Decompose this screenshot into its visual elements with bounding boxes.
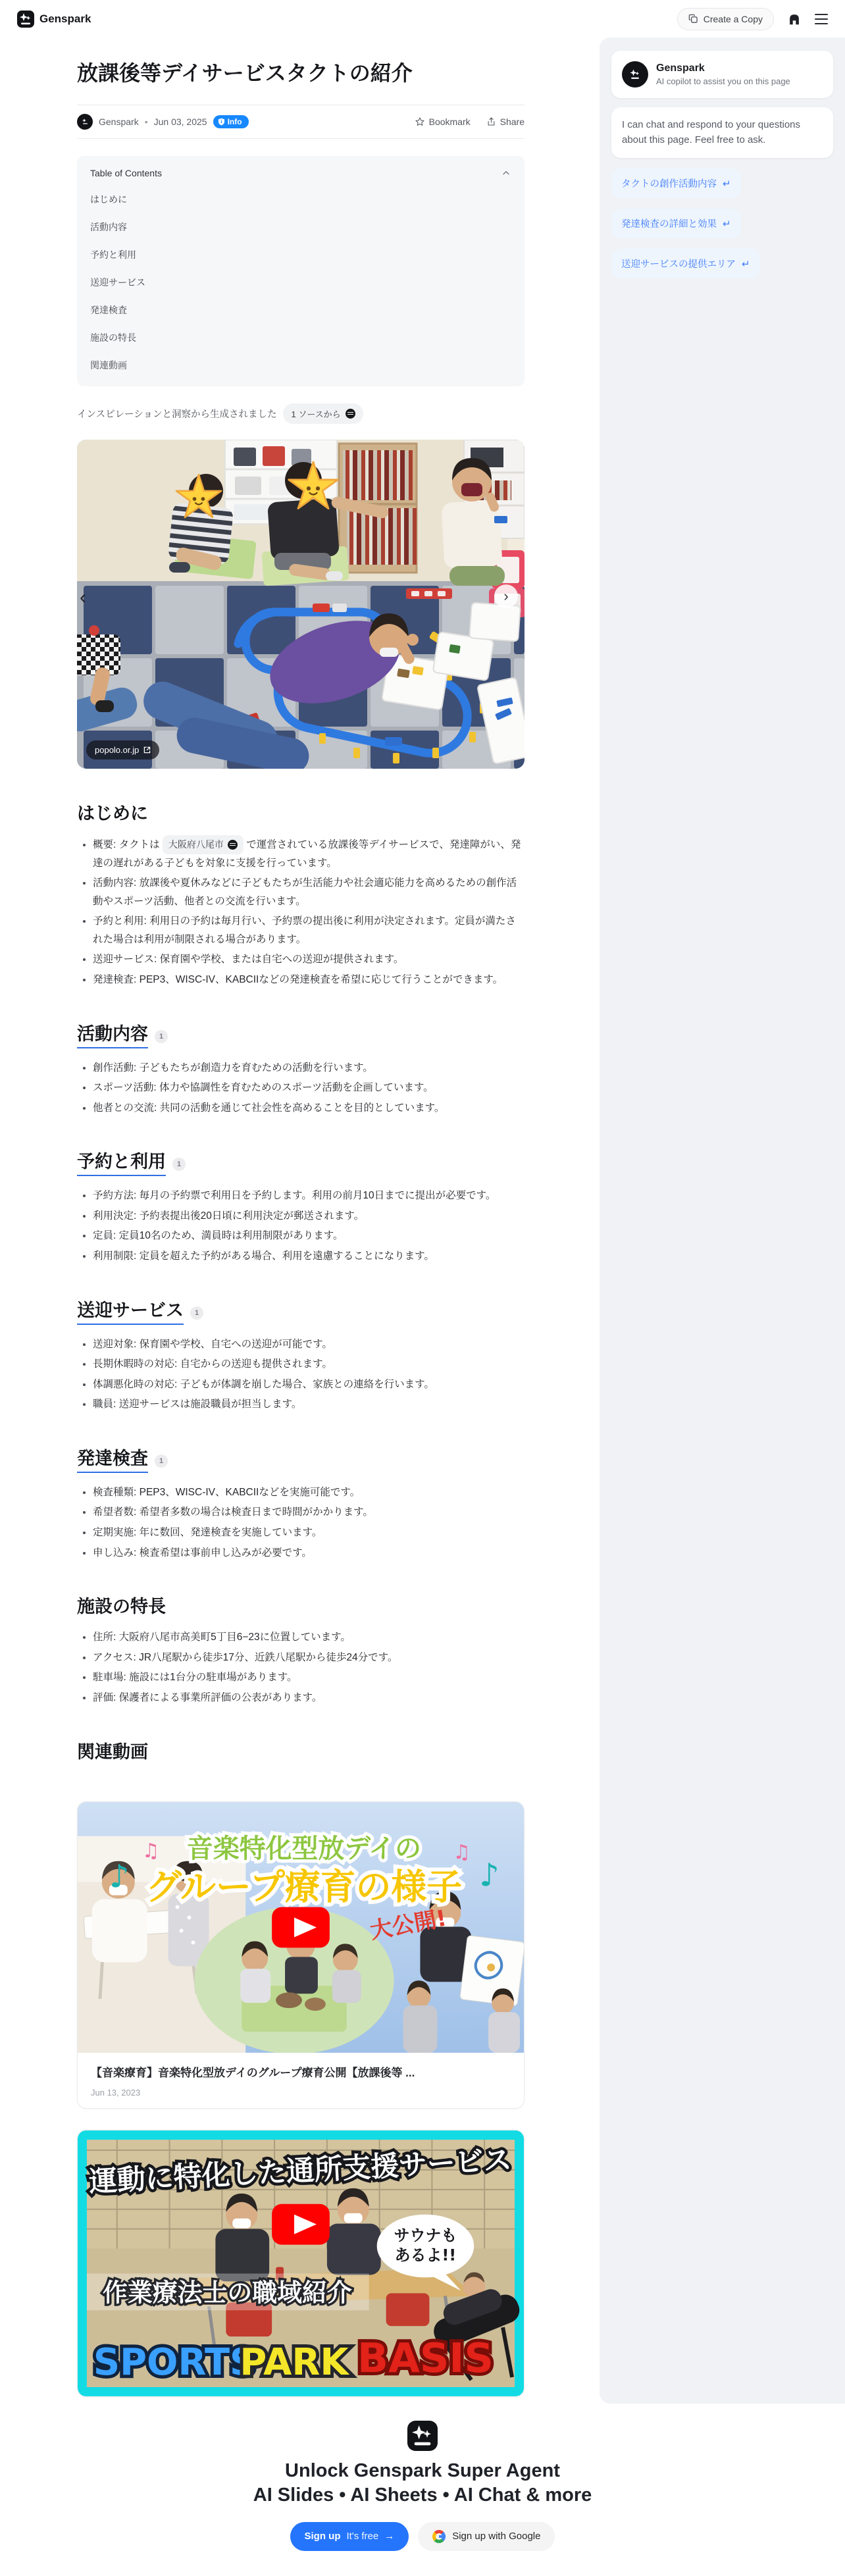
bullet-item: 検査種類: PEP3、WISC-IV、KABCIIなどを実施可能です。 xyxy=(93,1483,525,1502)
bullet-item: 評価: 保護者による事業所評価の公表があります。 xyxy=(93,1689,525,1707)
generation-note: インスピレーションと洞察から生成されました xyxy=(77,407,276,421)
shield-icon xyxy=(218,118,225,126)
bullet-item: 定員: 定員10名のため、満員時は利用制限があります。 xyxy=(93,1227,525,1245)
video-card[interactable]: ♪ ♫ ♪ ♫ 音楽特化型放デイの グループ療育の様子 大公開! 【音楽療育】 xyxy=(77,1801,525,2109)
footer-headline: Unlock Genspark Super Agent AI Slides • … xyxy=(245,2459,600,2508)
info-badge[interactable]: Info xyxy=(213,115,249,128)
section-heading: 施設の特長 xyxy=(77,1592,525,1618)
bullet-item: 送迎対象: 保育園や学校、自宅への送迎が可能です。 xyxy=(93,1335,525,1354)
bullet-item: スポーツ活動: 体力や協調性を育むためのスポーツ活動を企画しています。 xyxy=(93,1079,525,1097)
video-card[interactable]: サウナも あるよ!! 運動に特化した通所支援サービス 作業療法士の職域紹介 SP… xyxy=(77,2130,525,2397)
music-note-decoration: ♪ xyxy=(109,1859,130,1895)
video-thumbnail[interactable]: サウナも あるよ!! 運動に特化した通所支援サービス 作業療法士の職域紹介 SP… xyxy=(78,2130,524,2396)
bullet-item: 住所: 大阪府八尾市高美町5丁目6−23に位置しています。 xyxy=(93,1628,525,1647)
google-signup-button[interactable]: Sign up with Google xyxy=(418,2522,555,2551)
bullet-list: 予約方法: 毎月の予約票で利用日を予約します。利用の前月10日までに提出が必要で… xyxy=(77,1187,525,1265)
publish-date: Jun 03, 2025 xyxy=(154,116,207,127)
citation-badge[interactable]: 1 xyxy=(172,1158,186,1171)
copilot-subtitle: AI copilot to assist you on this page xyxy=(656,76,790,86)
external-link-icon xyxy=(143,746,151,754)
source-favicon-icon xyxy=(228,840,238,850)
enter-icon: ↵ xyxy=(723,178,731,190)
section-heading[interactable]: 活動内容1 xyxy=(77,1019,525,1048)
section-heading[interactable]: 送迎サービス1 xyxy=(77,1296,525,1325)
thumb-bottom-word2: PARK xyxy=(240,2341,349,2384)
inline-source-pill[interactable]: 大阪府八尾市 xyxy=(163,835,243,854)
toc-item[interactable]: 関連動画 xyxy=(90,359,127,372)
image-source-link[interactable]: popolo.or.jp xyxy=(86,740,159,760)
thumb-bubble-line2: あるよ!! xyxy=(395,2246,457,2264)
hero-image[interactable]: ‹ › popolo.or.jp xyxy=(77,440,525,769)
youtube-play-button xyxy=(272,2203,330,2244)
article-meta-bar: Genspark • Jun 03, 2025 Info Bookmark xyxy=(77,105,525,139)
brand-name: Genspark xyxy=(39,13,91,26)
menu-button[interactable] xyxy=(815,14,828,24)
arrow-right-icon: → xyxy=(384,2531,394,2542)
article-sections: はじめに概要: タクトは 大阪府八尾市 で運営されている放課後等デイサービスで、… xyxy=(77,799,525,1763)
suggestion-chips: タクトの創作活動内容↵発達検査の詳細と効果↵送迎サービスの提供エリア↵ xyxy=(611,158,833,278)
svg-text:♫: ♫ xyxy=(142,1839,160,1862)
thumb-mid-text: 作業療法士の職域紹介 xyxy=(103,2278,352,2307)
section-heading[interactable]: 発達検査1 xyxy=(77,1444,525,1473)
meta-separator: • xyxy=(145,116,148,127)
toc-item[interactable]: はじめに xyxy=(90,193,127,206)
article-section: 活動内容1創作活動: 子どもたちが創造力を育むための活動を行います。スポーツ活動… xyxy=(77,1019,525,1118)
bullet-item: 創作活動: 子どもたちが創造力を育むための活動を行います。 xyxy=(93,1059,525,1077)
page-title: 放課後等デイサービスタクトの紹介 xyxy=(77,60,525,88)
section-heading: はじめに xyxy=(77,799,525,825)
toc-item[interactable]: 予約と利用 xyxy=(90,248,136,261)
youtube-play-button xyxy=(272,1907,330,1947)
article-section: 施設の特長住所: 大阪府八尾市高美町5丁目6−23に位置しています。アクセス: … xyxy=(77,1592,525,1707)
article-section: はじめに概要: タクトは 大阪府八尾市 で運営されている放課後等デイサービスで、… xyxy=(77,799,525,989)
citation-badge[interactable]: 1 xyxy=(190,1306,203,1320)
google-logo-icon xyxy=(432,2530,446,2543)
bullet-item: 定期実施: 年に数回、発達検査を実施しています。 xyxy=(93,1524,525,1542)
author-avatar xyxy=(77,114,93,130)
video-date: Jun 13, 2023 xyxy=(91,2088,511,2098)
bullet-item: 発達検査: PEP3、WISC-IV、KABCIIなどの発達検査を希望に応じて行… xyxy=(93,971,525,989)
copilot-title: Genspark xyxy=(656,63,790,74)
toc-item[interactable]: 送迎サービス xyxy=(90,276,145,289)
suggestion-chip[interactable]: 送迎サービスの提供エリア↵ xyxy=(611,249,760,278)
article-section: 送迎サービス1送迎対象: 保育園や学校、自宅への送迎が可能です。長期休暇時の対応… xyxy=(77,1296,525,1414)
author-name: Genspark xyxy=(99,116,139,127)
thumb-bottom-word3: BASIS xyxy=(357,2334,494,2382)
promo-footer: Unlock Genspark Super Agent AI Slides • … xyxy=(0,2404,845,2576)
bullet-item: 駐車場: 施設には1台分の駐車場があります。 xyxy=(93,1668,525,1687)
bullet-list: 住所: 大阪府八尾市高美町5丁目6−23に位置しています。アクセス: JR八尾駅… xyxy=(77,1628,525,1707)
section-heading: 関連動画 xyxy=(77,1738,525,1763)
genspark-logo-icon xyxy=(17,11,34,28)
copilot-avatar xyxy=(622,61,648,88)
home-icon xyxy=(787,12,802,26)
bullet-item: 利用制限: 定員を超えた予約がある場合、利用を遠慮することになります。 xyxy=(93,1247,525,1266)
svg-text:♪: ♪ xyxy=(479,1857,499,1893)
article-content: 放課後等デイサービスタクトの紹介 Genspark • Jun 03, 2025… xyxy=(77,38,525,2404)
bullet-item: 予約と利用: 利用日の予約は毎月行い、予約票の提出後に利用が決定されます。定員が… xyxy=(93,912,525,948)
create-copy-button[interactable]: Create a Copy xyxy=(677,8,774,30)
toc-item[interactable]: 発達検査 xyxy=(90,303,127,317)
article-section: 関連動画 xyxy=(77,1738,525,1763)
bookmark-button[interactable]: Bookmark xyxy=(415,116,471,127)
citation-badge[interactable]: 1 xyxy=(155,1455,168,1468)
genspark-footer-logo-icon xyxy=(407,2421,438,2451)
section-heading[interactable]: 予約と利用1 xyxy=(77,1147,525,1176)
enter-icon: ↵ xyxy=(723,218,731,230)
source-favicon-icon xyxy=(346,409,355,419)
share-icon xyxy=(486,116,496,127)
bullet-item: 予約方法: 毎月の予約票で利用日を予約します。利用の前月10日までに提出が必要で… xyxy=(93,1187,525,1205)
hero-photo-illustration xyxy=(77,440,525,769)
share-button[interactable]: Share xyxy=(486,116,525,127)
copilot-header-card: Genspark AI copilot to assist you on thi… xyxy=(611,51,833,98)
article-section: 発達検査1検査種類: PEP3、WISC-IV、KABCIIなどを実施可能です。… xyxy=(77,1444,525,1562)
thumb-title-line1: 音楽特化型放デイの xyxy=(187,1833,421,1863)
bullet-item: 体調悪化時の対応: 子どもが体調を崩した場合、家族との連絡を行います。 xyxy=(93,1376,525,1394)
footer-headline-line2: AI Slides • AI Sheets • AI Chat & more xyxy=(245,2483,600,2508)
generation-note-row: インスピレーションと洞察から生成されました 1 ソースから xyxy=(77,403,525,424)
bullet-list: 概要: タクトは 大阪府八尾市 で運営されている放課後等デイサービスで、発達障が… xyxy=(77,835,525,989)
suggestion-chip[interactable]: タクトの創作活動内容↵ xyxy=(611,168,741,198)
copilot-message: I can chat and respond to your questions… xyxy=(611,107,833,158)
toc-list: はじめに活動内容予約と利用送迎サービス発達検査施設の特長関連動画 xyxy=(90,193,511,372)
table-of-contents: Table of Contents はじめに活動内容予約と利用送迎サービス発達検… xyxy=(77,156,525,386)
carousel-prev-icon[interactable]: ‹ xyxy=(80,588,86,607)
footer-headline-line1: Unlock Genspark Super Agent xyxy=(245,2459,600,2483)
signup-button[interactable]: Sign up It's free → xyxy=(290,2522,409,2551)
home-button[interactable] xyxy=(787,12,802,26)
bullet-list: 送迎対象: 保育園や学校、自宅への送迎が可能です。長期休暇時の対応: 自宅からの… xyxy=(77,1335,525,1414)
bullet-item: 他者との交流: 共同の活動を通じて社会性を高めることを目的としています。 xyxy=(93,1099,525,1118)
svg-text:♫: ♫ xyxy=(453,1840,471,1863)
toc-item[interactable]: 活動内容 xyxy=(90,220,127,234)
video-thumbnail[interactable]: ♪ ♫ ♪ ♫ 音楽特化型放デイの グループ療育の様子 大公開! xyxy=(78,1802,524,2053)
bullet-item: 申し込み: 検査希望は事前申し込みが必要です。 xyxy=(93,1544,525,1562)
bullet-item: 利用決定: 予約表提出後20日頃に利用決定が郵送されます。 xyxy=(93,1207,525,1225)
bullet-list: 創作活動: 子どもたちが創造力を育むための活動を行います。スポーツ活動: 体力や… xyxy=(77,1059,525,1118)
thumb-title-line2: グループ療育の様子 xyxy=(146,1866,462,1907)
create-copy-label: Create a Copy xyxy=(704,14,763,24)
copy-icon xyxy=(688,14,698,24)
video-title[interactable]: 【音楽療育】音楽特化型放デイのグループ療育公開【放課後等 ... xyxy=(91,2063,511,2080)
carousel-next-icon[interactable]: › xyxy=(494,584,518,608)
bullet-item: 希望者数: 希望者多数の場合は検査日まで時間がかかります。 xyxy=(93,1503,525,1522)
bullet-list: 検査種類: PEP3、WISC-IV、KABCIIなどを実施可能です。希望者数:… xyxy=(77,1483,525,1562)
sources-pill[interactable]: 1 ソースから xyxy=(283,403,363,424)
top-header: Genspark Create a Copy xyxy=(0,0,845,38)
article-section: 予約と利用1予約方法: 毎月の予約票で利用日を予約します。利用の前月10日までに… xyxy=(77,1147,525,1265)
toc-title: Table of Contents xyxy=(90,168,162,178)
enter-icon: ↵ xyxy=(742,258,750,270)
bullet-item: 概要: タクトは 大阪府八尾市 で運営されている放課後等デイサービスで、発達障が… xyxy=(93,835,525,872)
thumb-bubble-line1: サウナも xyxy=(394,2226,457,2244)
suggestion-chip[interactable]: 発達検査の詳細と効果↵ xyxy=(611,209,741,238)
copilot-sidebar: Genspark AI copilot to assist you on thi… xyxy=(600,38,845,2404)
bullet-item: 送迎サービス: 保育園や学校、または自宅への送迎が提供されます。 xyxy=(93,950,525,969)
citation-badge[interactable]: 1 xyxy=(155,1030,168,1043)
bullet-item: 職員: 送迎サービスは施設職員が担当します。 xyxy=(93,1395,525,1414)
bullet-item: アクセス: JR八尾駅から徒歩17分、近鉄八尾駅から徒歩24分です。 xyxy=(93,1649,525,1667)
bullet-item: 長期休暇時の対応: 自宅からの送迎も提供されます。 xyxy=(93,1355,525,1374)
thumb-bottom-word1: SPORTS xyxy=(93,2341,256,2384)
toc-item[interactable]: 施設の特長 xyxy=(90,331,136,344)
star-bookmark-icon xyxy=(415,116,425,127)
bullet-item: 活動内容: 放課後や夏休みなどに子どもたちが生活能力や社会適応能力を高めるための… xyxy=(93,874,525,910)
chevron-up-icon[interactable] xyxy=(501,168,511,178)
genspark-logo[interactable]: Genspark xyxy=(17,11,91,28)
